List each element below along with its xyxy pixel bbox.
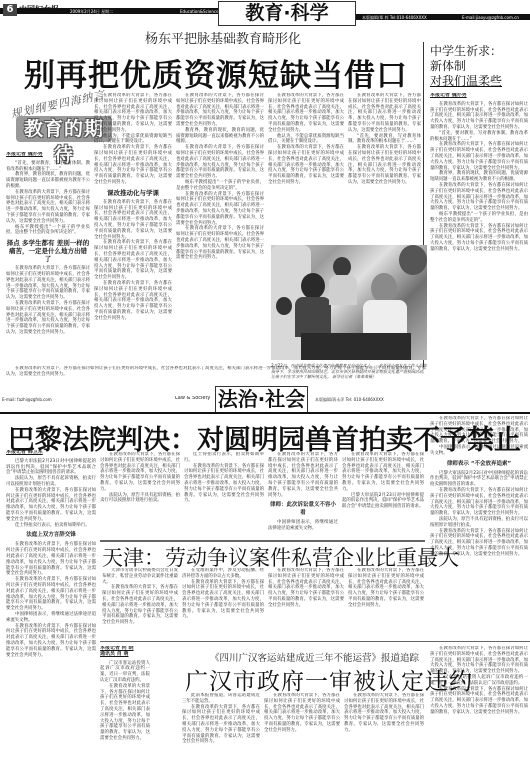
law-right-col: 在教育改革的大背景下，各方都在探讨如何让孩子们在更好的环境中成长，社会各界也对此… — [430, 416, 528, 641]
law-left-subhead: 法庭上双方言辞交锋 — [6, 531, 96, 539]
law-header-rule — [0, 412, 530, 414]
education-headline: 别再把优质资源短缺当借口 — [24, 50, 408, 95]
education-col-5: 在教育改革的大背景下，各方都在探讨如何让孩子们在更好的环境中成长，社会各界也对此… — [348, 93, 421, 243]
law-section-en: Law & Society — [175, 396, 215, 401]
section-email: E-mail:jiaoyu@zgfnb.com.cn — [462, 15, 528, 20]
education-col-4: 在教育改革的大背景下，各方都在探讨如何让孩子们在更好的环境中成长，社会各界也对此… — [268, 93, 344, 243]
tianjin-col-4: 在教育改革的大背景下，各方都在探讨如何让孩子们在更好的环境中成长，社会各界也对此… — [348, 568, 424, 636]
law-mid-subhead: 律师：此次诉讼意义不容小看 — [268, 501, 338, 517]
issue-date: 2009年2月24日 星期二 — [70, 9, 140, 14]
guanghan-col-1: 本报记者 何 晓 通讯员 肖 萌 广汉市客运站投资人起诉广汉市政府违约一案，近日… — [100, 646, 150, 762]
guanghan-col-2: 此前本报曾报道，该客运站建成近三年不能运营。 在教育改革的大背景下，各方都在探讨… — [182, 693, 260, 763]
guanghan-kicker: 《四川广汉客运站建成近三年不能运营》报道追踪 — [210, 650, 419, 664]
education-col-1b: 在教育改革的大背景下，各方都在探讨如何让孩子们在更好的环境中成长，社会各界也对此… — [6, 366, 426, 378]
photo-figure — [301, 273, 325, 299]
law-section-email: E-mail: fazhi@zgfnb.com — [2, 397, 82, 402]
page-number: 6 — [3, 4, 17, 16]
law-right-subhead: 律师表示 “不会放弃追索” — [430, 460, 528, 468]
sidebar-title: 中学生祈求： 新体制 对我们温柔些 — [430, 44, 502, 89]
law-col-5: 在教育改革的大背景下，各方都在探讨如何让孩子们在更好的环境中成长，社会各界也对此… — [342, 452, 424, 542]
tianjin-col-2: 在受理的案件中，涉及劳动报酬、经济补偿等方面的争议占大多数。 在教育改革的大背景… — [182, 568, 264, 636]
tianjin-col-1: 天津市劳动争议仲裁委员会近日发布统计，私营企业劳动争议案件比重最大。 在教育改革… — [102, 568, 178, 636]
law-col-2: 在教育改革的大背景下，各方都在探讨如何让孩子们在更好的环境中成长，社会各界也对此… — [100, 452, 180, 542]
education-col-2: 在教育改革的大背景下，各方都在探讨如何让孩子们在更好的环境中成长，社会各界也对此… — [94, 93, 172, 365]
section-title-law: 法治·社会 — [215, 386, 308, 414]
education-col-1: 本报记者 魏亦男 “首先，要对教育，写对教育体制。教育改革的根本问题在于……” … — [6, 152, 90, 365]
guanghan-col-5: 在教育改革的大背景下，各方都在探讨如何让孩子们在更好的环境中成长，社会各界也对此… — [430, 646, 528, 762]
sidebar-body: 本报记者 魏亦男 在教育改革的大背景下，各方都在探讨如何让孩子们在更好的环境中成… — [430, 93, 528, 366]
editor-info: 本版编辑/郑 梓 Tel:010-6406XXXX — [362, 15, 442, 20]
education-col-3: 在教育改革的大背景下，各方都在探讨如何让孩子们在更好的环境中成长，社会各界也对此… — [176, 93, 264, 365]
guanghan-col-4: 在教育改革的大背景下，各方都在探讨如何让孩子们在更好的环境中成长，社会各界也对此… — [344, 693, 424, 763]
law-col-3: 佳士得拍卖行表示，拍卖将如期举行。 在教育改革的大背景下，各方都在探讨如何让孩子… — [184, 452, 264, 542]
education-subhead: 择点 多学生都有 差别一样的 痛苦，一定是什么地方出错了 — [6, 239, 90, 263]
section-title-education: 教育·科学 — [218, 1, 356, 26]
education-kicker: 杨东平把脉基础教育畸形化 — [145, 28, 301, 47]
tianjin-col-3: 在教育改革的大背景下，各方都在探讨如何让孩子们在更好的环境中成长，社会各界也对此… — [268, 568, 344, 636]
guanghan-rule — [100, 641, 530, 642]
law-editor-info: 本版编辑/蒋永萍 Tel: 010-6406XXXX — [315, 397, 415, 402]
law-col-1: 本报记者 韩卫东 巴黎大审法院2月23日对中国律师提起的诉讼作出判决，驳回“保护… — [6, 450, 96, 762]
law-col-4: 在教育改革的大背景下，各方都在探讨如何让孩子们在更好的环境中成长，社会各界也对此… — [268, 452, 338, 542]
paper-name: 中国妇女报 — [19, 4, 59, 15]
news-photo — [271, 245, 427, 360]
guanghan-col-3: 在教育改革的大背景下，各方都在探讨如何让孩子们在更好的环境中成长，社会各界也对此… — [264, 693, 340, 763]
education-subsection: 课改推动化与学课 — [94, 189, 172, 197]
